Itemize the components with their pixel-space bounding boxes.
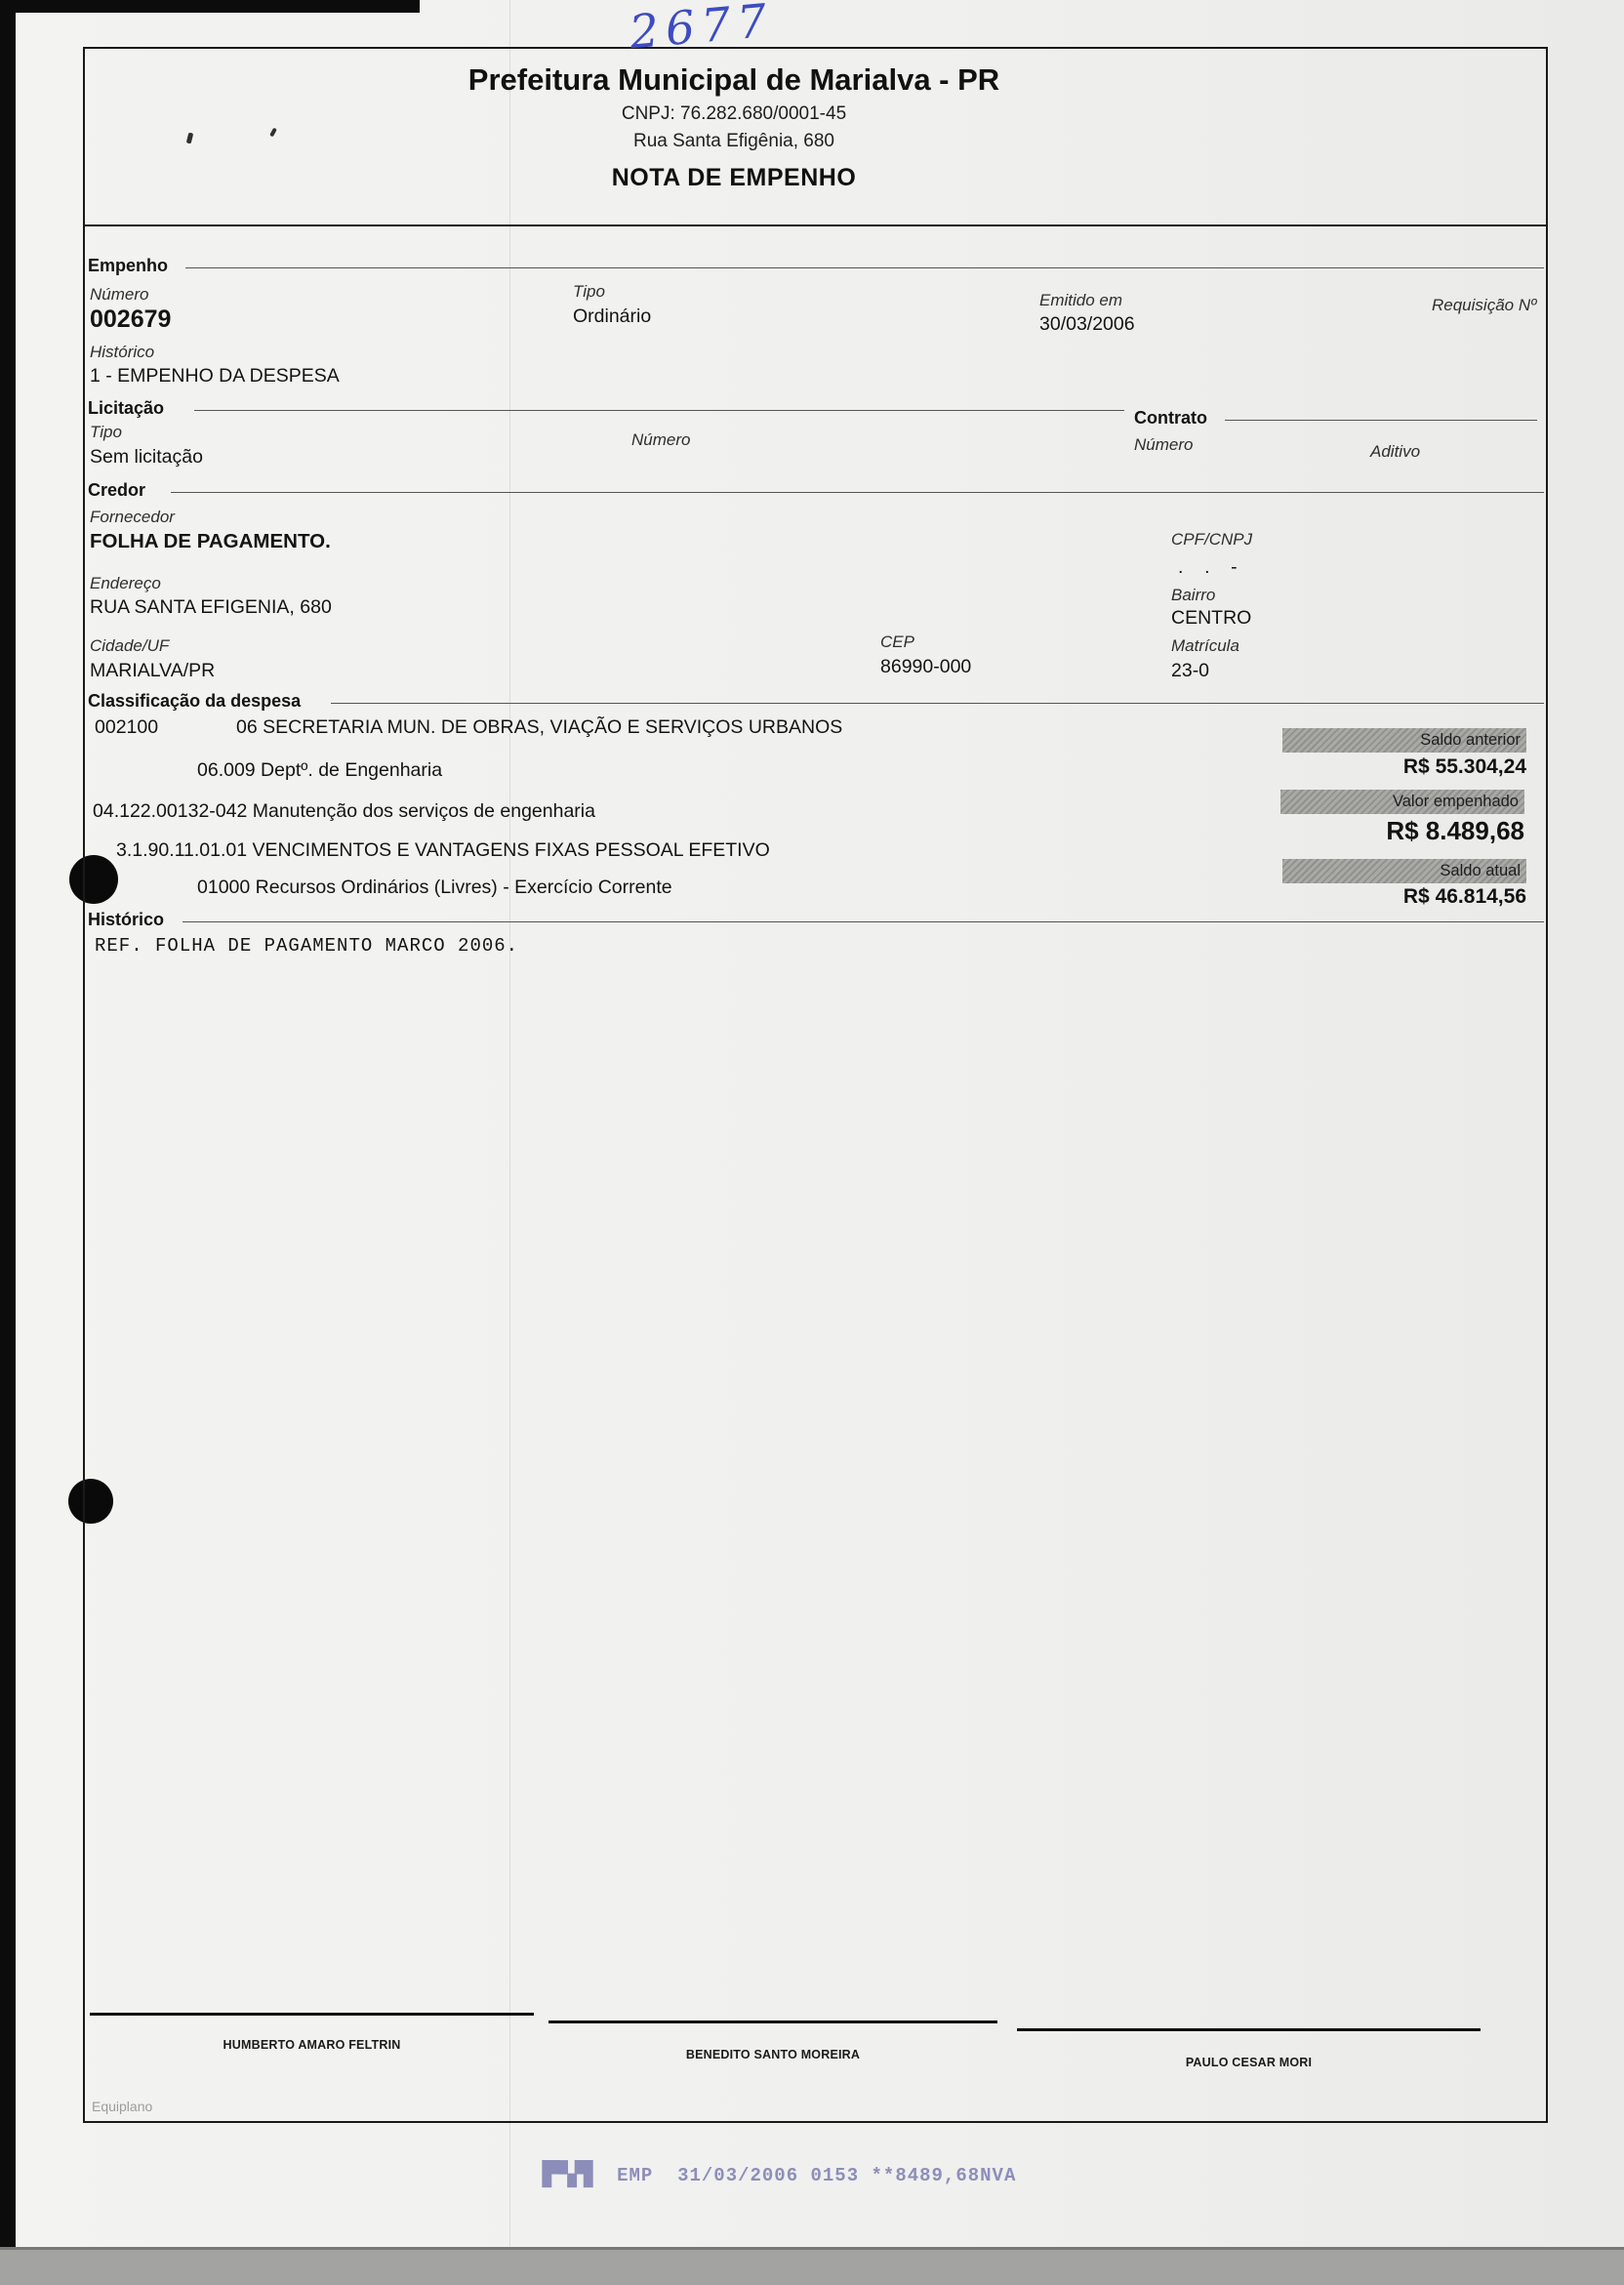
fornecedor-value: FOLHA DE PAGAMENTO. xyxy=(90,530,331,553)
contrato-section-rule xyxy=(1225,420,1537,421)
cpf-cnpj-label: CPF/CNPJ xyxy=(1171,530,1252,550)
valor-empenhado-value: R$ 8.489,68 xyxy=(1280,816,1524,846)
signature-line xyxy=(90,2013,534,2016)
saldo-anterior-badge: Saldo anterior xyxy=(1282,728,1526,753)
classificacao-row: 04.122.00132-042 Manutenção dos serviços… xyxy=(93,800,595,823)
organization-address: Rua Santa Efigênia, 680 xyxy=(85,131,1383,152)
matricula-value: 23-0 xyxy=(1171,660,1209,682)
signature-line xyxy=(548,2020,997,2023)
classificacao-row: 01000 Recursos Ordinários (Livres) - Exe… xyxy=(197,877,672,899)
endereco-label: Endereço xyxy=(90,574,161,593)
classificacao-row: 06 SECRETARIA MUN. DE OBRAS, VIAÇÃO E SE… xyxy=(236,716,842,739)
emitido-em-value: 30/03/2006 xyxy=(1039,313,1135,336)
organization-cnpj: CNPJ: 76.282.680/0001-45 xyxy=(85,103,1383,125)
nota-de-empenho-form: Prefeitura Municipal de Marialva - PR CN… xyxy=(83,47,1548,2123)
classificacao-row: 3.1.90.11.01.01 VENCIMENTOS E VANTAGENS … xyxy=(116,839,770,862)
historico-section-label: Histórico xyxy=(88,910,164,930)
cidade-uf-label: Cidade/UF xyxy=(90,636,169,656)
empenho-tipo-label: Tipo xyxy=(573,282,605,302)
credor-section-rule xyxy=(171,492,1544,493)
cep-label: CEP xyxy=(880,632,914,652)
licitacao-numero-label: Número xyxy=(631,430,690,450)
requisicao-label: Requisição Nº xyxy=(1432,296,1536,315)
contrato-section-label: Contrato xyxy=(1134,408,1207,428)
historico-section-rule xyxy=(183,921,1544,922)
header-divider xyxy=(85,224,1546,226)
signature-name: HUMBERTO AMARO FELTRIN xyxy=(90,2038,534,2052)
licitacao-section-rule xyxy=(194,410,1124,411)
bairro-value: CENTRO xyxy=(1171,607,1251,630)
scanner-edge-left xyxy=(0,0,16,2285)
fornecedor-label: Fornecedor xyxy=(90,508,175,527)
saldo-atual-badge: Saldo atual xyxy=(1282,859,1526,883)
classificacao-section-rule xyxy=(331,703,1544,704)
contrato-numero-label: Número xyxy=(1134,435,1193,455)
stamp-text: EMP 31/03/2006 0153 **8489,68NVA xyxy=(617,2165,1016,2186)
scanner-edge-top xyxy=(0,0,420,13)
empenho-numero-label: Número xyxy=(90,285,148,305)
signature-line xyxy=(1017,2028,1481,2031)
saldo-atual-value: R$ 46.814,56 xyxy=(1282,885,1526,909)
empenho-numero-value: 002679 xyxy=(90,306,171,334)
empenho-section-label: Empenho xyxy=(88,256,168,276)
bairro-label: Bairro xyxy=(1171,586,1215,605)
empenho-historico-label: Histórico xyxy=(90,343,154,362)
organization-name: Prefeitura Municipal de Marialva - PR xyxy=(85,62,1383,98)
machine-validation-stamp: ▛▚▜EMP 31/03/2006 0153 **8489,68NVA xyxy=(543,2161,1016,2187)
empenho-tipo-value: Ordinário xyxy=(573,306,651,328)
classificacao-row: 06.009 Deptº. de Engenharia xyxy=(197,759,442,782)
classificacao-unit-code: 002100 xyxy=(95,716,158,739)
contrato-aditivo-label: Aditivo xyxy=(1370,442,1420,462)
signature-name: BENEDITO SANTO MOREIRA xyxy=(548,2048,997,2061)
stamp-logo-icon: ▛▚▜ xyxy=(543,2162,591,2188)
licitacao-tipo-value: Sem licitação xyxy=(90,446,203,469)
document-title: NOTA DE EMPENHO xyxy=(85,164,1383,192)
cidade-uf-value: MARIALVA/PR xyxy=(90,660,215,682)
valor-empenhado-badge: Valor empenhado xyxy=(1280,790,1524,814)
scanned-document-page: { "scan": { "handwritten_number": "2677"… xyxy=(0,0,1624,2285)
classificacao-section-label: Classificação da despesa xyxy=(88,691,301,712)
credor-section-label: Credor xyxy=(88,480,145,501)
cep-value: 86990-000 xyxy=(880,656,971,678)
scanner-edge-bottom xyxy=(0,2247,1624,2285)
empenho-historico-value: 1 - EMPENHO DA DESPESA xyxy=(90,365,340,388)
saldo-anterior-value: R$ 55.304,24 xyxy=(1282,755,1526,779)
signature-name: PAULO CESAR MORI xyxy=(1017,2056,1481,2069)
cpf-cnpj-value: . . - xyxy=(1178,556,1238,579)
licitacao-section-label: Licitação xyxy=(88,398,164,419)
historico-text: REF. FOLHA DE PAGAMENTO MARCO 2006. xyxy=(95,935,518,957)
licitacao-tipo-label: Tipo xyxy=(90,423,122,442)
software-vendor-label: Equiplano xyxy=(92,2099,152,2114)
emitido-em-label: Emitido em xyxy=(1039,291,1122,310)
endereco-value: RUA SANTA EFIGENIA, 680 xyxy=(90,596,332,619)
empenho-section-rule xyxy=(185,267,1544,268)
matricula-label: Matrícula xyxy=(1171,636,1239,656)
